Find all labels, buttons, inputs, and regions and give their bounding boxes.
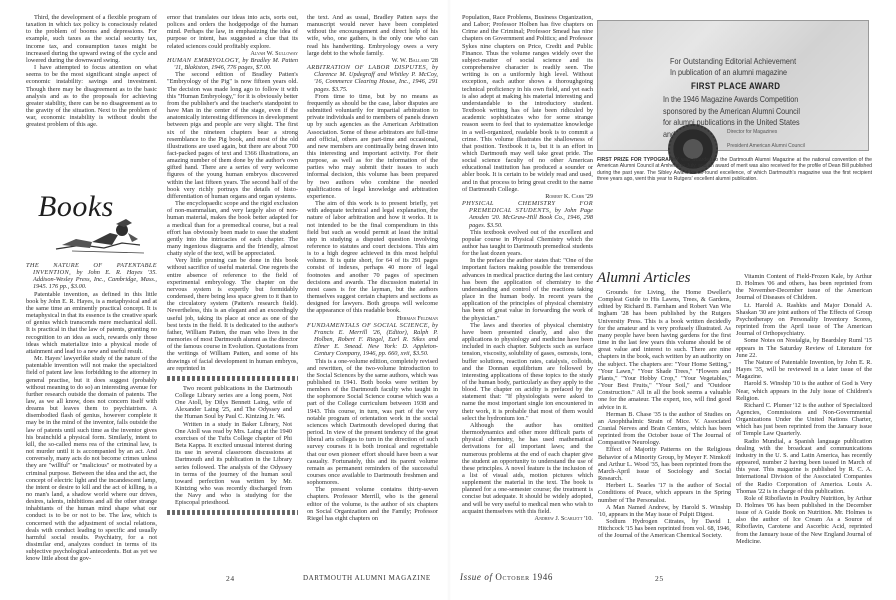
article-note: A Man Named Andrew, by Harold S. Winship… (598, 504, 731, 518)
review-paragraph: This is a one-volume edition, completely… (307, 358, 438, 487)
article-note: Herbert L. Searles '17 is the author of … (598, 482, 731, 503)
director-signature-label: Director for Magazines (727, 129, 777, 135)
review-paragraph: In the preface the author states that: "… (462, 257, 593, 321)
column-1: Third, the development of a flexible pro… (26, 14, 157, 129)
review-paragraph: The laws and theories of physical chemis… (462, 322, 593, 422)
review-paragraph: This textbook evolved out of the excelle… (462, 229, 593, 258)
review-paragraph: Patentable invention, as defined in this… (26, 291, 157, 355)
reviewer-signature: Robert K. Carr '29 (462, 193, 593, 200)
review-title: FUNDAMENTALS OF SOCIAL SCIENCE, (307, 322, 430, 329)
review-paragraph: The second edition of Bradley Patten's "… (167, 71, 298, 200)
award-title: FIRST PLACE AWARD (691, 81, 780, 91)
article-note: Richard C. Plumer '12 is the author of S… (736, 402, 872, 438)
review-paragraph: Although the author has omitted thermody… (462, 422, 593, 515)
column-3: the text. And as usual, Bradley Patten s… (307, 14, 438, 522)
reviewer-signature: W. W. Ballard '28 (307, 57, 438, 64)
caption-lead: FIRST PRIZE FOR TYPOGRAPHY (597, 157, 679, 163)
column-4: Population, Race Problems, Business Orga… (462, 14, 593, 522)
review-heading: HUMAN EMBRYOLOGY, by Bradley M. Patten '… (167, 57, 298, 71)
review-title: ARBITRATION OF LABOR DISPUTES, (307, 64, 428, 71)
reclining-reader-illustration-icon (52, 215, 147, 257)
running-foot-left: DARTMOUTH ALUMNI MAGAZINE (303, 574, 431, 582)
essay-paragraph: Third, the development of a flexible pro… (26, 14, 157, 64)
article-note: Herman B. Chase '35 is the author of Stu… (598, 411, 731, 447)
note-paragraph: Two recent publications in the Dartmouth… (175, 385, 292, 421)
article-note: Sodium Hydrogen Citrates, by David I. Hi… (598, 518, 731, 539)
article-note: Some Notes on Nostalgia, by Beardsley Ru… (736, 337, 872, 358)
alumni-articles-column-a: Grounds for Living, the Home Dweller's C… (598, 289, 731, 539)
ornamental-divider (167, 510, 298, 515)
review-paragraph: the text. And as usual, Bradley Patten s… (307, 14, 438, 57)
award-line: In publication of an alumni magazine (670, 68, 787, 77)
president-signature-label: President American Alumni Council (727, 143, 805, 149)
article-note: Radio Mundial, a Spanish language public… (736, 438, 872, 495)
review-paragraph: ernor that translates our ideas into act… (167, 14, 298, 50)
review-paragraph: The present volume contains thirty-seven… (307, 486, 438, 522)
article-note: Effect of Majority Patterns on the Relig… (598, 446, 731, 482)
article-note: Lt. Harold A. Rashkis and Major Donald A… (736, 302, 872, 338)
review-paragraph: The encyclopaedic scope and the rigid ex… (167, 200, 298, 257)
essay-paragraph: I have attempted to focus attention on w… (26, 64, 157, 128)
review-heading: THE NATURE OF PATENTABLE INVENTION, by J… (26, 262, 157, 291)
issue-label: Issue of (460, 572, 493, 582)
review-paragraph: The aim of this work is to present brief… (307, 200, 438, 315)
article-note: Grounds for Living, the Home Dweller's C… (598, 289, 731, 411)
award-line: For Outstanding Editorial Achievement (670, 57, 796, 66)
library-series-note: Two recent publications in the Dartmouth… (167, 385, 298, 507)
running-foot-right: Issue of October 1946 (460, 572, 553, 582)
alumni-articles-column-b: Vitamin Content of Field-Frozen Kale, by… (736, 273, 872, 545)
article-note: The Nature of Patentable Invention, by J… (736, 359, 872, 380)
award-caption: FIRST PRIZE FOR TYPOGRAPHY was awarded t… (597, 157, 872, 182)
award-line: In the 1946 Magazine Awards Competition (663, 94, 800, 106)
review-heading: FUNDAMENTALS OF SOCIAL SCIENCE, by Franc… (307, 322, 438, 358)
reviewer-signature: Alvah W. Sulloway (167, 50, 298, 57)
review-heading: ARBITRATION OF LABOR DISPUTES, by Claren… (307, 64, 438, 93)
review-heading: PHYSICAL CHEMISTRY FOR PREMEDICAL STUDEN… (462, 200, 593, 229)
review-paragraph: Very little pruning can be done in this … (167, 257, 298, 372)
article-note: Role of Riboflavin in Poultry Nutrition,… (736, 495, 872, 545)
award-line: sponsored by the American Alumni Council (663, 106, 800, 118)
alumni-articles-title: Alumni Articles (597, 270, 690, 287)
column-1-review: THE NATURE OF PATENTABLE INVENTION, by J… (26, 262, 157, 563)
reviewer-signature: Herman Feldman (307, 315, 438, 322)
reviewer-signature: Andrew J. Scarlett '10. (462, 515, 593, 522)
review-title: HUMAN EMBRYOLOGY, (167, 57, 240, 64)
ornamental-divider (167, 376, 298, 381)
issue-date: October 1946 (495, 572, 553, 582)
review-paragraph: Population, Race Problems, Business Orga… (462, 14, 593, 193)
review-paragraph: From time to time, but by no means as fr… (307, 93, 438, 200)
article-note: Harold S. Winship '10 is the author of G… (736, 380, 872, 401)
page-number-right: 25 (655, 574, 664, 583)
column-2: ernor that translates our ideas into act… (167, 14, 298, 519)
review-paragraph: Mr. Hayes' lawyerlike study of the natur… (26, 355, 157, 563)
left-page: Third, the development of a flexible pro… (0, 0, 448, 600)
article-note: Vitamin Content of Field-Frozen Kale, by… (736, 273, 872, 302)
note-paragraph: Written in a study in Baker Library, Not… (175, 421, 292, 507)
page-number-left: 24 (226, 574, 235, 583)
award-certificate-photo: For Outstanding Editorial Achievement In… (597, 20, 869, 151)
